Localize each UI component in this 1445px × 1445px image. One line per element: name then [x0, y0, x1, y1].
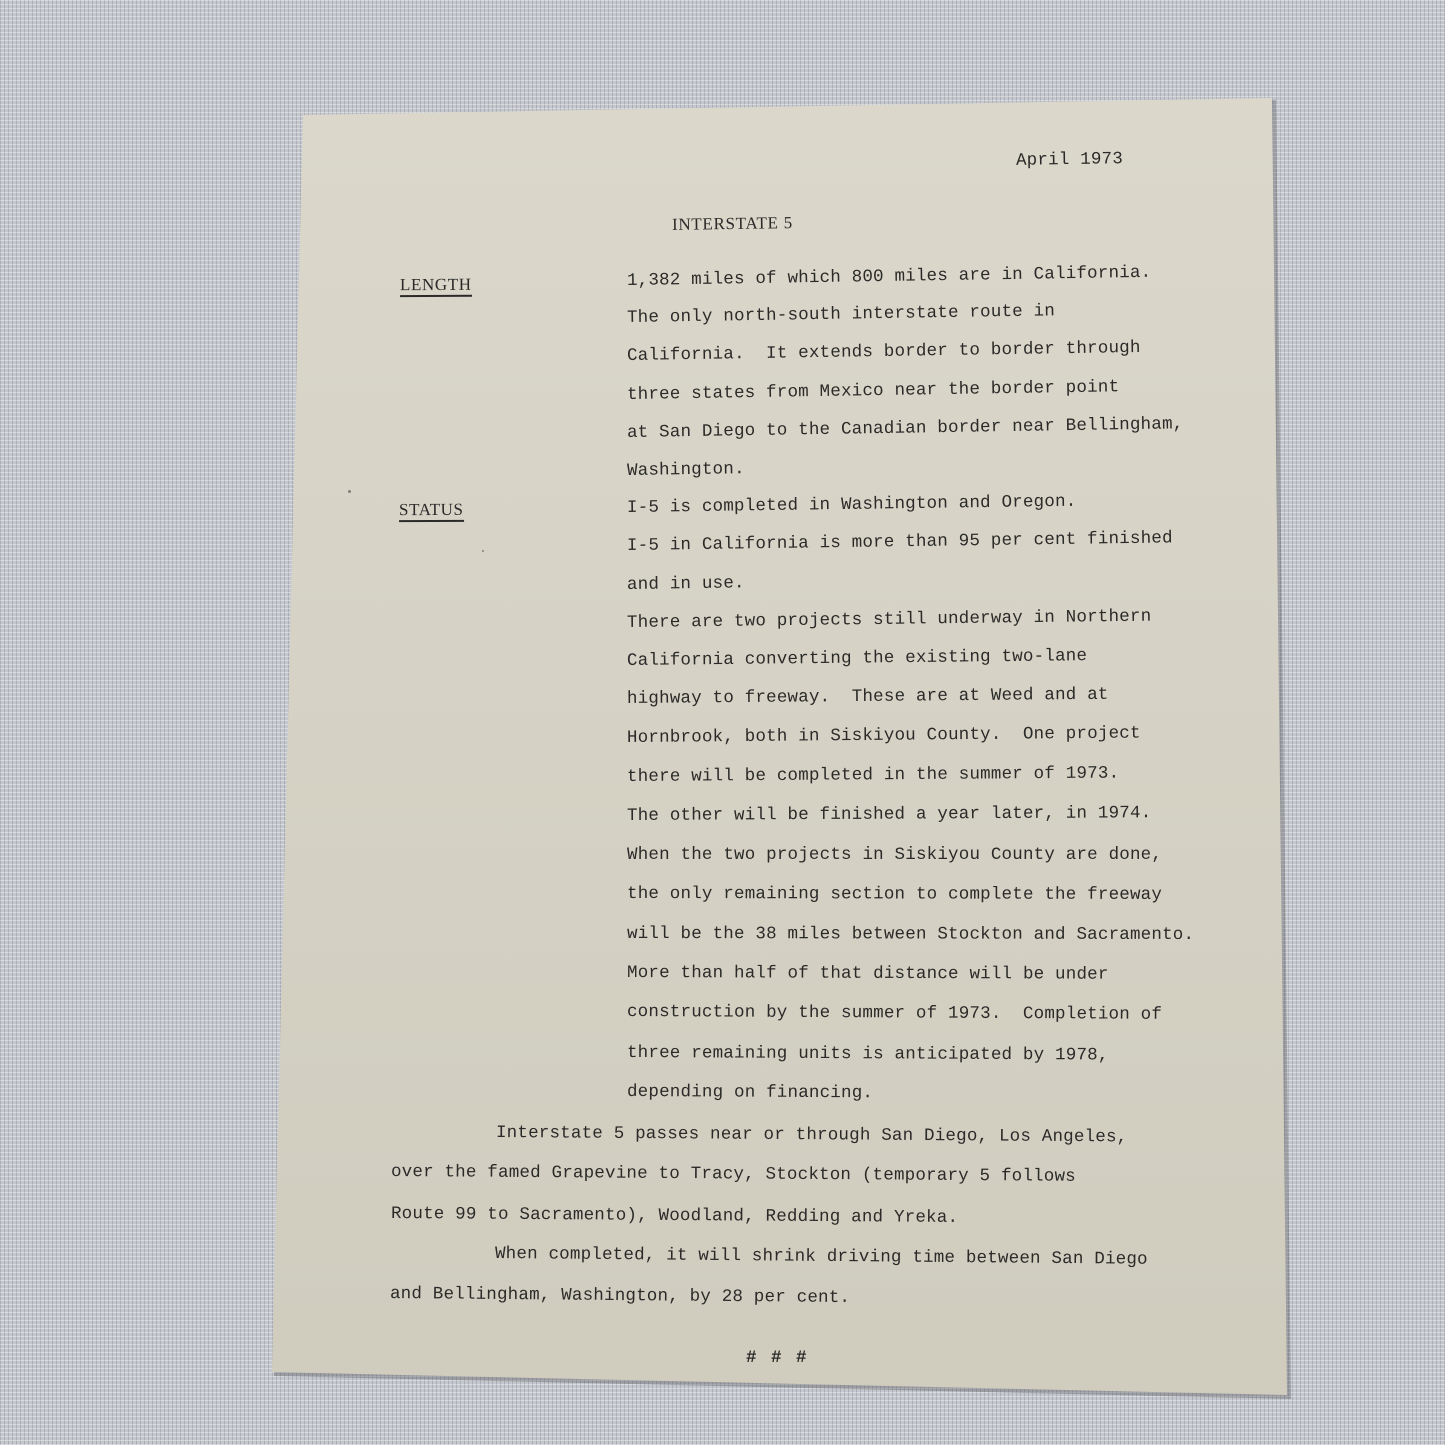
status-line: three remaining units is anticipated by … [627, 1043, 1109, 1066]
status-line: depending on financing. [627, 1082, 873, 1103]
status-line: When the two projects in Siskiyou County… [627, 845, 1162, 865]
paragraph-line: Route 99 to Sacramento), Woodland, Reddi… [391, 1204, 958, 1228]
length-line: three states from Mexico near the border… [627, 377, 1120, 405]
length-line: Washington. [627, 459, 745, 481]
document-title: INTERSTATE 5 [672, 213, 793, 235]
document-date: April 1973 [1016, 149, 1123, 171]
status-line: will be the 38 miles between Stockton an… [627, 924, 1194, 945]
paragraph-line: and Bellingham, Washington, by 28 per ce… [390, 1284, 850, 1308]
typed-document: April 1973 INTERSTATE 5 LENGTH STATUS 1,… [0, 0, 1445, 1445]
paragraph-line: over the famed Grapevine to Tracy, Stock… [391, 1162, 1076, 1187]
length-line: The only north-south interstate route in [627, 301, 1055, 328]
status-line: construction by the summer of 1973. Comp… [627, 1002, 1162, 1025]
status-line: the only remaining section to complete t… [627, 884, 1162, 905]
status-line: highway to freeway. These are at Weed an… [627, 685, 1109, 709]
status-line: I-5 is completed in Washington and Orego… [627, 492, 1077, 518]
status-line: More than half of that distance will be … [627, 963, 1109, 985]
paragraph-line: When completed, it will shrink driving t… [495, 1244, 1148, 1270]
paper-speck [482, 550, 484, 552]
paragraph-line: Interstate 5 passes near or through San … [496, 1123, 1128, 1147]
status-line: and in use. [627, 573, 745, 595]
status-line: Hornbrook, both in Siskiyou County. One … [627, 724, 1141, 748]
section-label-status: STATUS [399, 501, 464, 522]
status-line: California converting the existing two-l… [627, 646, 1087, 671]
length-line: at San Diego to the Canadian border near… [627, 414, 1184, 443]
status-line: I-5 in California is more than 95 per ce… [627, 528, 1173, 556]
status-line: There are two projects still underway in… [627, 607, 1152, 633]
section-label-length: LENGTH [400, 276, 472, 297]
status-line: there will be completed in the summer of… [627, 764, 1119, 787]
paper-speck [348, 490, 351, 493]
end-mark: # # # [746, 1348, 809, 1368]
length-line: California. It extends border to border … [627, 338, 1141, 366]
length-line: 1,382 miles of which 800 miles are in Ca… [627, 263, 1152, 291]
status-line: The other will be finished a year later,… [627, 803, 1151, 826]
